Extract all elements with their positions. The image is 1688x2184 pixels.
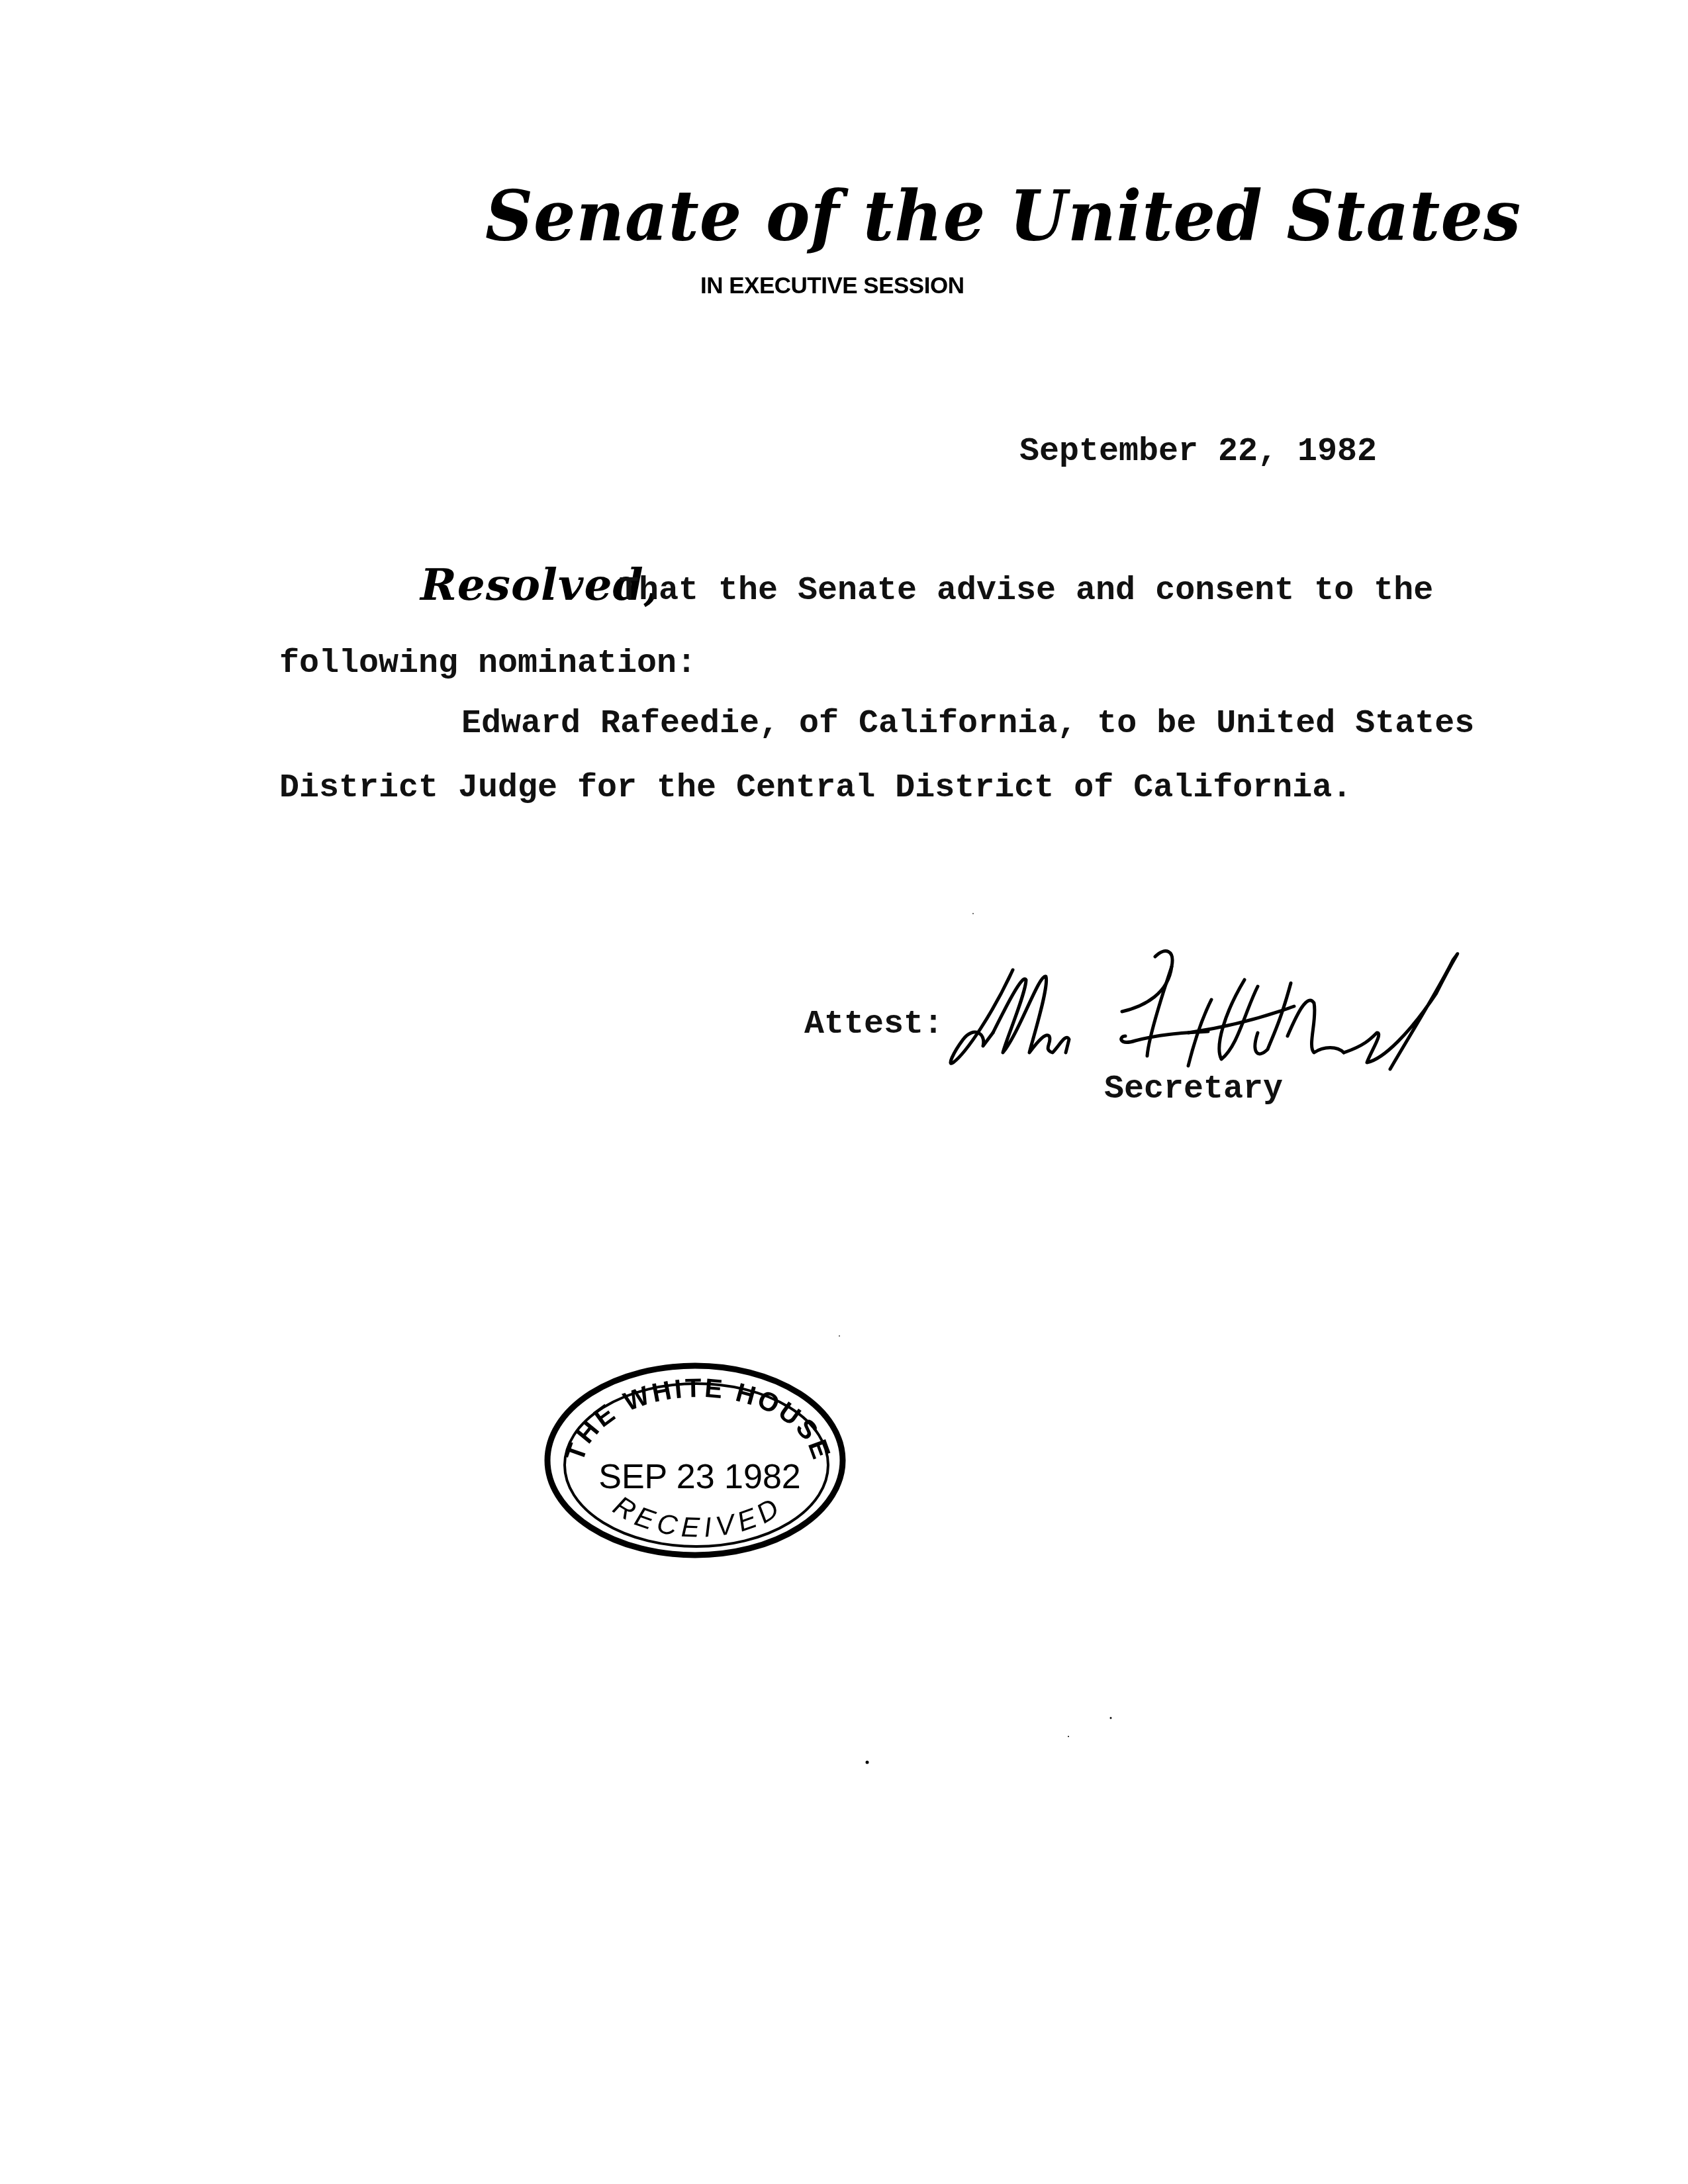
scan-specks <box>0 0 1688 2184</box>
